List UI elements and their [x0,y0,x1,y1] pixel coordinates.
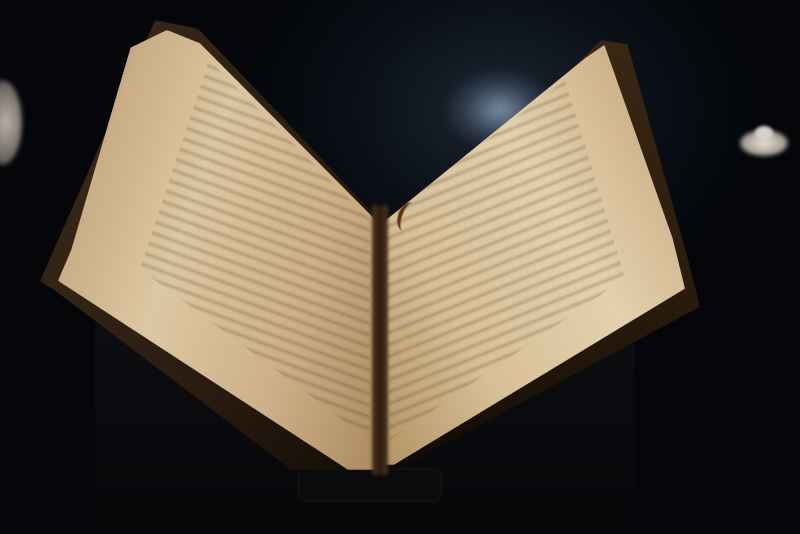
blurred-object-right-knob [755,126,773,140]
book-stand-base [300,470,440,500]
photo-scene: Open medieval manuscript with handwritte… [0,0,800,534]
blurred-object-left [0,80,22,165]
book-gutter [372,205,388,475]
